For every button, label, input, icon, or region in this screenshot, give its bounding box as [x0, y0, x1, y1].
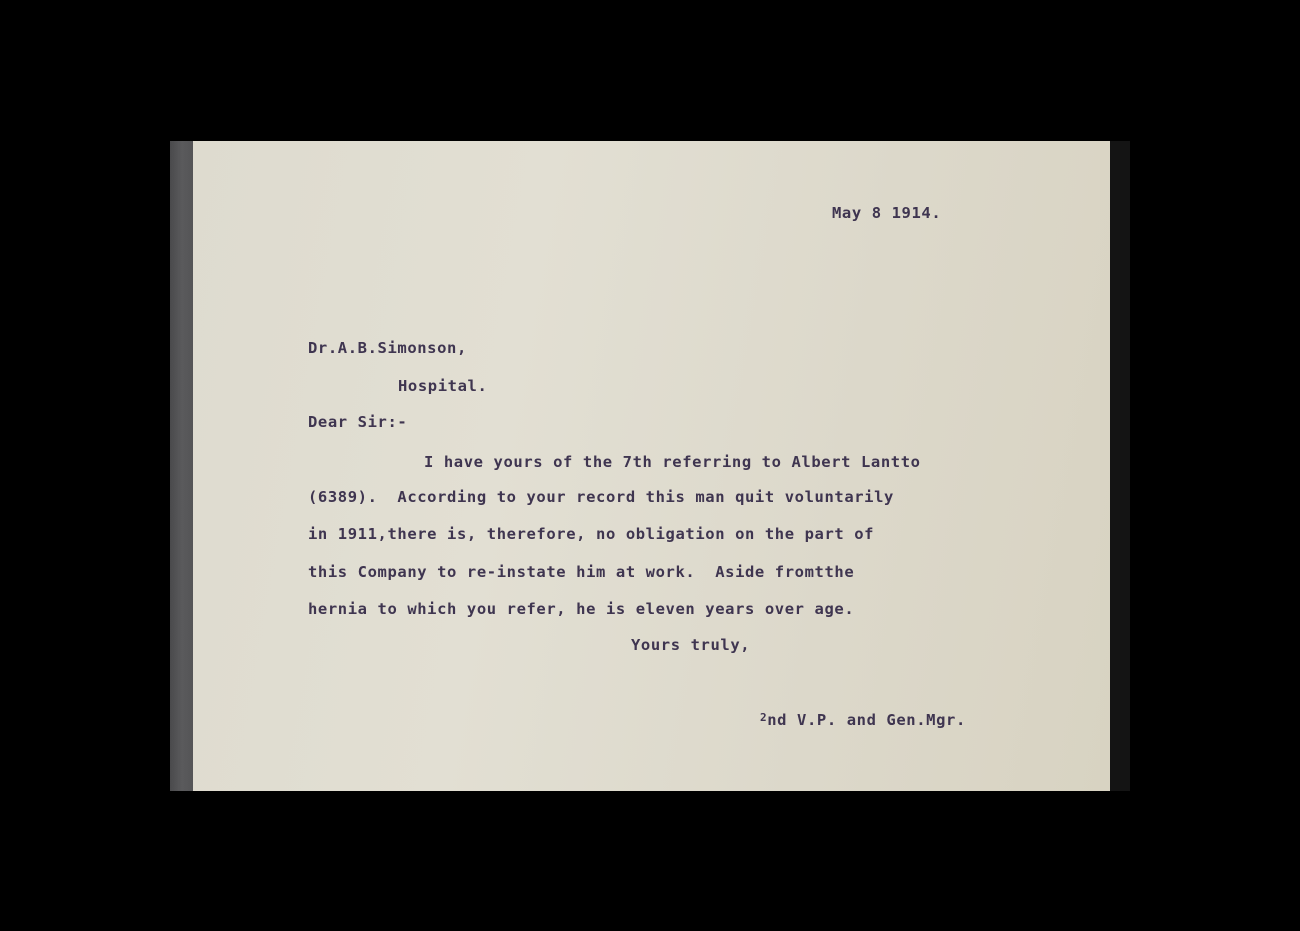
signature-ordinal-suffix: nd [767, 711, 787, 729]
recipient-institution: Hospital. [398, 379, 487, 395]
body-line: I have yours of the 7th referring to Alb… [424, 455, 921, 471]
body-line: (6389). According to your record this ma… [308, 490, 894, 506]
closing: Yours truly, [631, 638, 750, 654]
salutation: Dear Sir:- [308, 415, 407, 431]
binder-strip [170, 141, 194, 791]
page-edge-shadow [1109, 141, 1130, 791]
body-line: this Company to re-instate him at work. … [308, 565, 854, 581]
document-scan: May 8 1914. Dr.A.B.Simonson, Hospital. D… [0, 0, 1300, 931]
body-line: hernia to which you refer, he is eleven … [308, 602, 854, 618]
signature-title: 2nd V.P. and Gen.Mgr. [760, 712, 966, 729]
body-line: in 1911,there is, therefore, no obligati… [308, 527, 874, 543]
letter-date: May 8 1914. [832, 206, 941, 222]
signature-role: V.P. and Gen.Mgr. [787, 711, 966, 729]
recipient-name: Dr.A.B.Simonson, [308, 341, 467, 357]
